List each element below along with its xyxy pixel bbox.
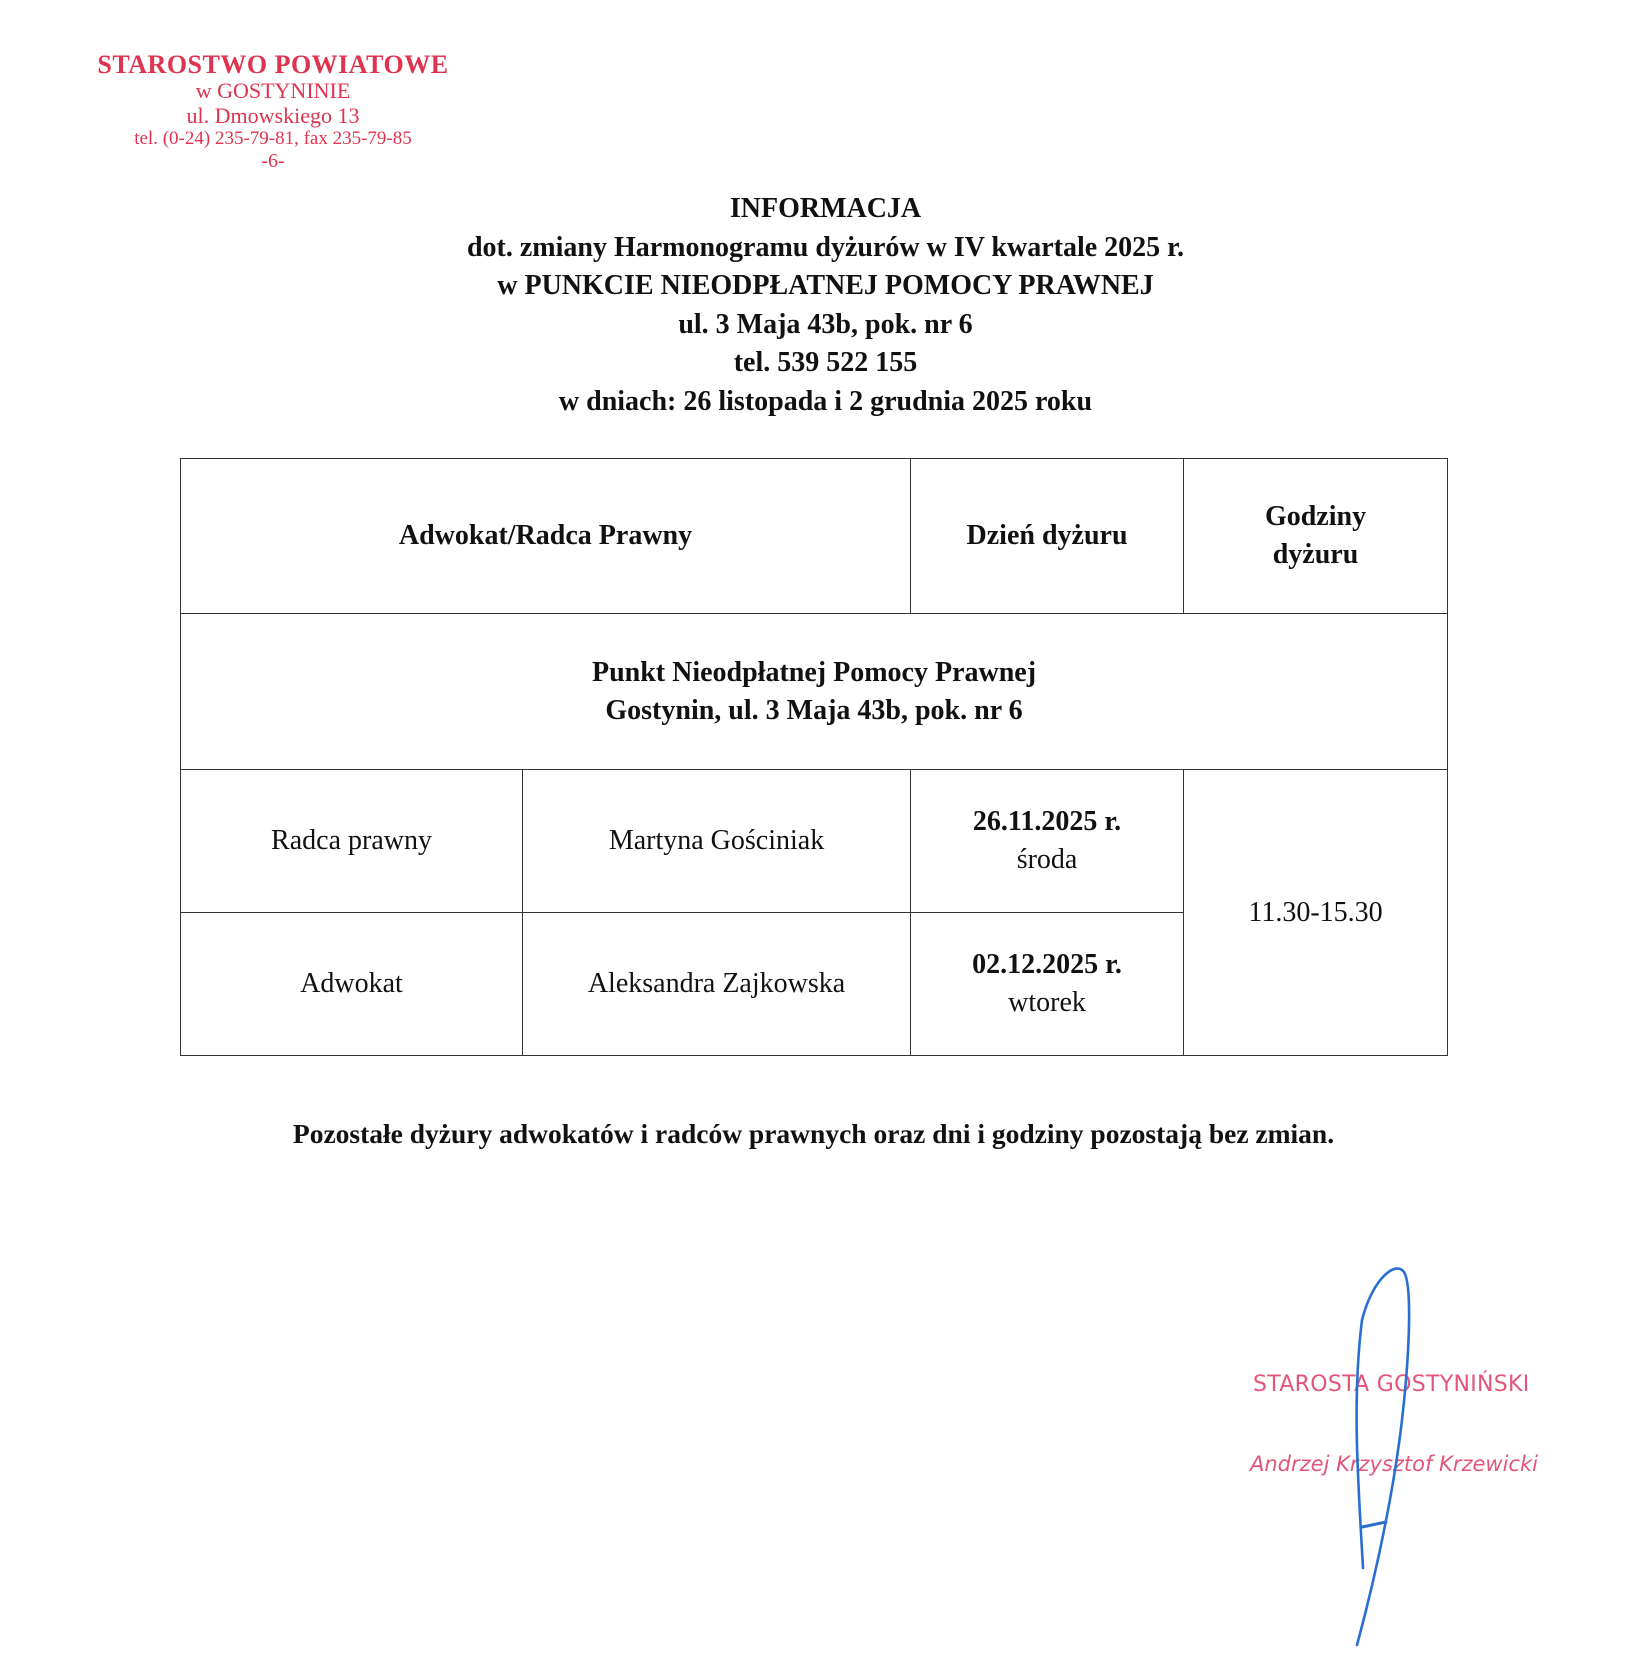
stamp-phone-fax: tel. (0-24) 235-79-81, fax 235-79-85 [78, 128, 468, 149]
document-title: INFORMACJA [0, 190, 1651, 229]
duty-hours: 11.30-15.30 [1184, 770, 1448, 1056]
row-weekday: środa [911, 841, 1183, 879]
heading-location: w PUNKCIE NIEODPŁATNEJ POMOCY PRAWNEJ [0, 267, 1651, 306]
header-lawyer: Adwokat/Radca Prawny [181, 459, 911, 614]
location-address: Gostynin, ul. 3 Maja 43b, pok. nr 6 [181, 692, 1447, 730]
header-hours-line2: dyżuru [1184, 536, 1447, 574]
header-hours: Godziny dyżuru [1184, 459, 1448, 614]
heading-subject: dot. zmiany Harmonogramu dyżurów w IV kw… [0, 229, 1651, 268]
duty-schedule-table: Adwokat/Radca Prawny Dzień dyżuru Godzin… [180, 458, 1448, 1056]
row-role: Radca prawny [181, 770, 523, 913]
row-date-cell: 26.11.2025 r. środa [911, 770, 1184, 913]
table-row: Radca prawny Martyna Gościniak 26.11.202… [181, 770, 1448, 913]
heading-dates: w dniach: 26 listopada i 2 grudnia 2025 … [0, 383, 1651, 422]
footnote: Pozostałe dyżury adwokatów i radców praw… [180, 1118, 1447, 1150]
row-weekday: wtorek [911, 984, 1183, 1022]
document-heading: INFORMACJA dot. zmiany Harmonogramu dyżu… [0, 190, 1651, 421]
row-role: Adwokat [181, 913, 523, 1056]
row-name: Aleksandra Zajkowska [523, 913, 911, 1056]
location-banner: Punkt Nieodpłatnej Pomocy Prawnej Gostyn… [181, 614, 1448, 770]
row-date: 02.12.2025 r. [972, 949, 1122, 980]
stamp-address: ul. Dmowskiego 13 [78, 104, 468, 129]
office-stamp: STAROSTWO POWIATOWE w GOSTYNINIE ul. Dmo… [78, 50, 468, 172]
row-date-cell: 02.12.2025 r. wtorek [911, 913, 1184, 1056]
location-banner-row: Punkt Nieodpłatnej Pomocy Prawnej Gostyn… [181, 614, 1448, 770]
row-name: Martyna Gościniak [523, 770, 911, 913]
signatory-title: STAROSTA GOSTYNIŃSKI [1253, 1372, 1543, 1397]
header-hours-line1: Godziny [1184, 498, 1447, 536]
row-date: 26.11.2025 r. [973, 806, 1121, 837]
heading-phone: tel. 539 522 155 [0, 344, 1651, 383]
stamp-number: -6- [78, 150, 468, 172]
header-day: Dzień dyżuru [911, 459, 1184, 614]
stamp-city: w GOSTYNINIE [78, 79, 468, 104]
table-header-row: Adwokat/Radca Prawny Dzień dyżuru Godzin… [181, 459, 1448, 614]
signatory-name: Andrzej Krzysztof Krzewicki [1250, 1452, 1550, 1476]
heading-address: ul. 3 Maja 43b, pok. nr 6 [0, 306, 1651, 345]
stamp-office-name: STAROSTWO POWIATOWE [78, 50, 468, 79]
location-name: Punkt Nieodpłatnej Pomocy Prawnej [181, 654, 1447, 692]
